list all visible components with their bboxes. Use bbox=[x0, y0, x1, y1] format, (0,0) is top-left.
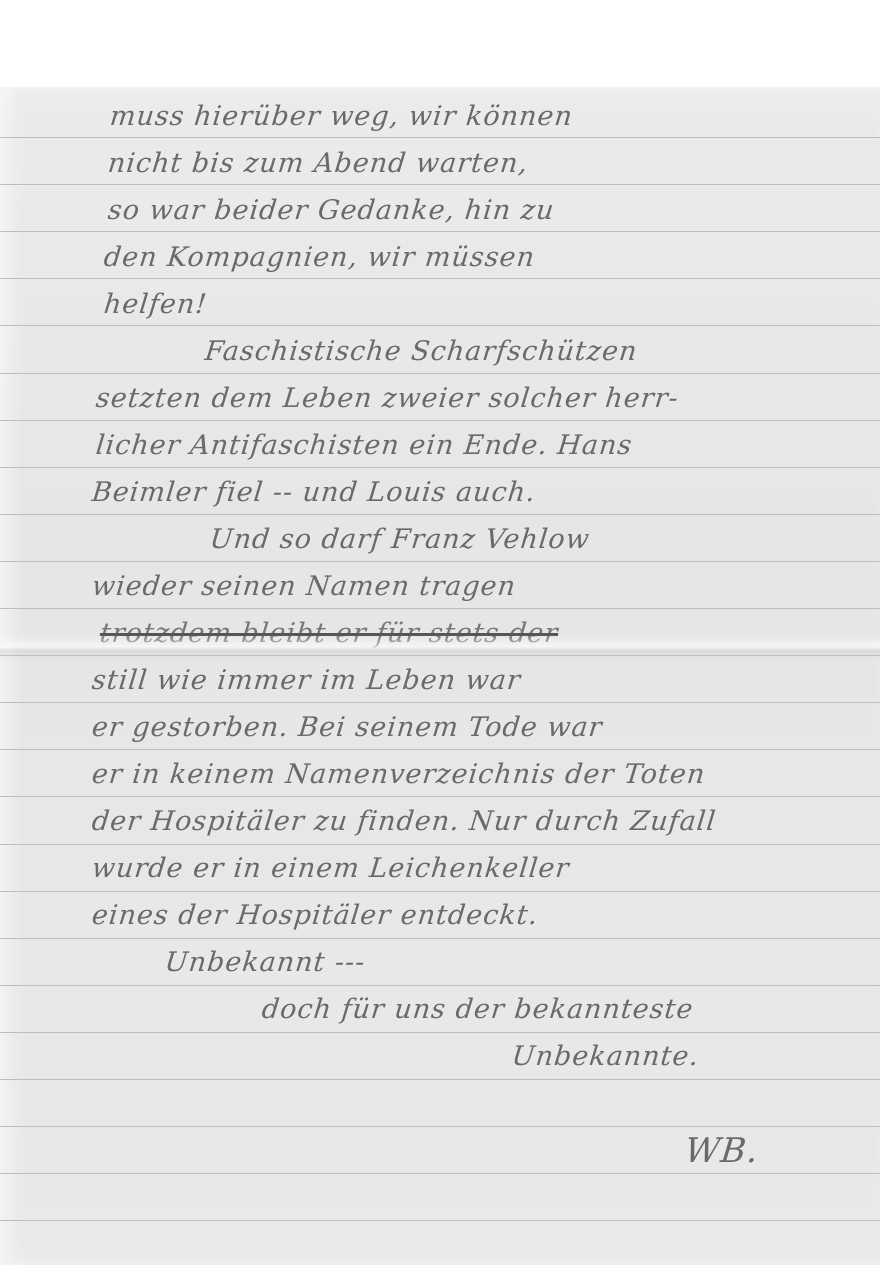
ruled-line bbox=[0, 891, 880, 892]
ruled-line bbox=[0, 561, 880, 562]
letter-page: muss hierüber weg, wir können nicht bis … bbox=[0, 87, 880, 1265]
text-line: er gestorben. Bei seinem Tode war bbox=[90, 712, 604, 743]
ruled-line bbox=[0, 608, 880, 609]
text-line: eines der Hospitäler entdeckt. bbox=[90, 900, 539, 931]
text-line: wurde er in einem Leichenkeller bbox=[90, 853, 571, 884]
text-line: nicht bis zum Abend warten, bbox=[106, 148, 529, 179]
text-line: licher Antifaschisten ein Ende. Hans bbox=[94, 430, 634, 461]
ruled-line bbox=[0, 1032, 880, 1033]
ruled-line bbox=[0, 373, 880, 374]
struck-through-line: trotzdem bleibt er für stets der bbox=[98, 618, 560, 649]
text-line: setzten dem Leben zweier solcher herr- bbox=[94, 383, 680, 414]
text-line: so war beider Gedanke, hin zu bbox=[106, 195, 556, 226]
ruled-line bbox=[0, 514, 880, 515]
ruled-line bbox=[0, 325, 880, 326]
text-line: der Hospitäler zu finden. Nur durch Zufa… bbox=[90, 806, 717, 837]
ruled-line bbox=[0, 655, 880, 656]
text-line: er in keinem Namenverzeichnis der Toten bbox=[90, 759, 707, 790]
ruled-line bbox=[0, 231, 880, 232]
ruled-line bbox=[0, 702, 880, 703]
ruled-line bbox=[0, 844, 880, 845]
text-line: wieder seinen Namen tragen bbox=[90, 571, 517, 602]
ruled-line bbox=[0, 467, 880, 468]
ruled-line bbox=[0, 938, 880, 939]
ruled-line bbox=[0, 1173, 880, 1174]
ruled-line bbox=[0, 1126, 880, 1127]
ruled-line bbox=[0, 1079, 880, 1080]
ruled-line bbox=[0, 1220, 880, 1221]
ruled-line bbox=[0, 278, 880, 279]
text-line: helfen! bbox=[102, 289, 208, 320]
text-line: den Kompagnien, wir müssen bbox=[102, 242, 536, 273]
text-line: Beimler fiel -- und Louis auch. bbox=[90, 477, 537, 508]
ruled-line bbox=[0, 137, 880, 138]
ruled-line bbox=[0, 796, 880, 797]
ruled-line bbox=[0, 184, 880, 185]
text-line: doch für uns der bekannteste bbox=[260, 994, 695, 1025]
ruled-line bbox=[0, 420, 880, 421]
ruled-line bbox=[0, 985, 880, 986]
text-line: still wie immer im Leben war bbox=[90, 665, 522, 696]
text-line: muss hierüber weg, wir können bbox=[108, 101, 574, 132]
text-line: Unbekannt --- bbox=[163, 947, 367, 978]
signature: WB. bbox=[683, 1131, 761, 1171]
text-line: Faschistische Scharfschützen bbox=[203, 336, 639, 367]
text-line: Unbekannte. bbox=[510, 1041, 700, 1072]
ruled-line bbox=[0, 749, 880, 750]
text-line: Und so darf Franz Vehlow bbox=[208, 524, 591, 555]
